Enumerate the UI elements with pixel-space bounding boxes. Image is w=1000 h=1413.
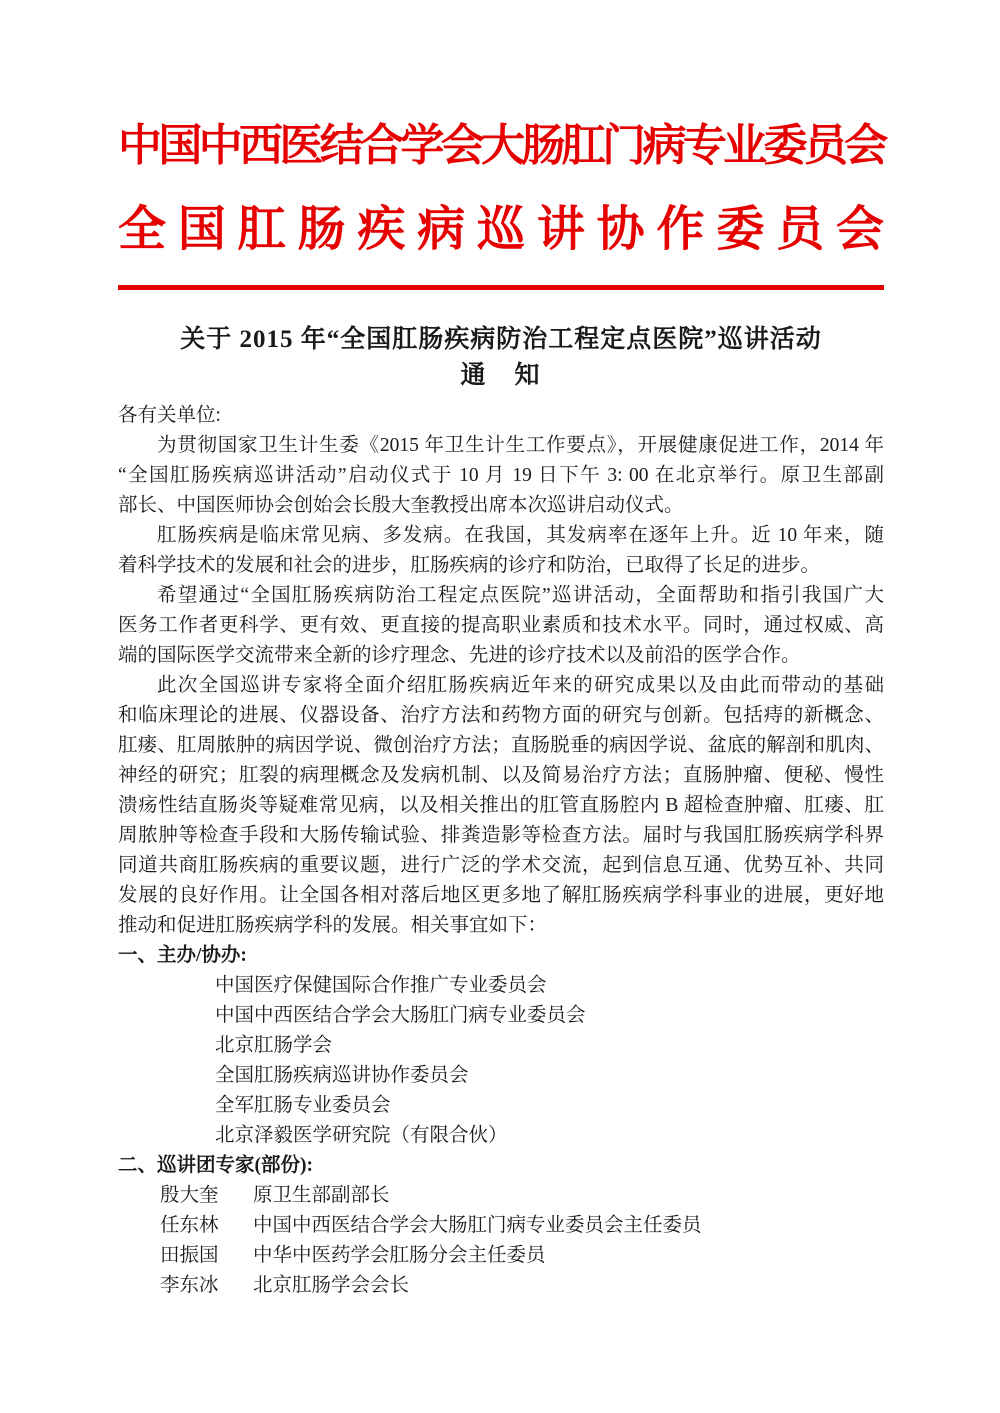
expert-row: 田振国 中华中医药学会肛肠分会主任委员 (118, 1241, 884, 1271)
body-line: 周脓肿等检查手段和大肠传输试验、排粪造影等检查方法。届时与我国肛肠疾病学科界 (118, 821, 884, 851)
body-line: 神经的研究；肛裂的病理概念及发病机制、以及简易治疗方法；直肠肿瘤、便秘、慢性 (118, 761, 884, 791)
body-line: 发展的良好作用。让全国各相对落后地区更多地了解肛肠疾病学科事业的进展，更好地 (118, 881, 884, 911)
body-line: 为贯彻国家卫生计生委《2015 年卫生计生工作要点》，开展健康促进工作，2014… (118, 431, 884, 461)
letterhead-line2: 全国肛肠疾病巡讲协作委员会 (118, 188, 884, 272)
body-line: 推动和促进肛肠疾病学科的发展。相关事宜如下： (118, 911, 884, 941)
notice-body: 各有关单位: 为贯彻国家卫生计生委《2015 年卫生计生工作要点》，开展健康促进… (118, 401, 884, 1301)
document-page: 中国中西医结合学会大肠肛门病专业委员会 全国肛肠疾病巡讲协作委员会 关于 201… (0, 0, 1000, 1413)
body-line: 肛瘘、肛周脓肿的病因学说、微创治疗方法；直肠脱垂的病因学说、盆底的解剖和肌肉、 (118, 731, 884, 761)
body-line: “全国肛肠疾病巡讲活动”启动仪式于 10 月 19 日下午 3: 00 在北京举… (118, 461, 884, 491)
expert-name: 李东冰 (160, 1271, 253, 1301)
letterhead: 中国中西医结合学会大肠肛门病专业委员会 全国肛肠疾病巡讲协作委员会 (118, 104, 884, 290)
host-org-item: 中国中西医结合学会大肠肛门病专业委员会 (118, 1001, 884, 1031)
expert-row: 李东冰 北京肛肠学会会长 (118, 1271, 884, 1301)
host-org-item: 全国肛肠疾病巡讲协作委员会 (118, 1061, 884, 1091)
expert-name: 任东林 (160, 1211, 253, 1241)
expert-row: 任东林 中国中西医结合学会大肠肛门病专业委员会主任委员 (118, 1211, 884, 1241)
section-heading-hosts: 一、主办/协办: (118, 941, 884, 971)
salutation: 各有关单位: (118, 401, 884, 431)
body-line: 此次全国巡讲专家将全面介绍肛肠疾病近年来的研究成果以及由此而带动的基础 (118, 671, 884, 701)
body-line: 希望通过“全国肛肠疾病防治工程定点医院”巡讲活动，全面帮助和指引我国广大 (118, 581, 884, 611)
expert-name: 田振国 (160, 1241, 253, 1271)
section-heading-experts: 二、巡讲团专家(部份): (118, 1151, 884, 1181)
body-line: 溃疡性结直肠炎等疑难常见病，以及相关推出的肛管直肠腔内 B 超检查肿瘤、肛瘘、肛 (118, 791, 884, 821)
expert-title: 原卫生部副部长 (253, 1181, 884, 1211)
host-org-item: 全军肛肠专业委员会 (118, 1091, 884, 1121)
body-line: 端的国际医学交流带来全新的诊疗理念、先进的诊疗技术以及前沿的医学合作。 (118, 641, 884, 671)
letterhead-line1: 中国中西医结合学会大肠肛门病专业委员会 (118, 104, 884, 188)
body-line: 医务工作者更科学、更有效、更直接的提高职业素质和技术水平。同时，通过权威、高 (118, 611, 884, 641)
body-line: 和临床理论的进展、仪器设备、治疗方法和药物方面的研究与创新。包括痔的新概念、 (118, 701, 884, 731)
notice-subtitle: 通 知 (118, 358, 884, 394)
letterhead-divider-rule (118, 285, 884, 290)
expert-name: 殷大奎 (160, 1181, 253, 1211)
expert-row: 殷大奎 原卫生部副部长 (118, 1181, 884, 1211)
notice-title: 关于 2015 年“全国肛肠疾病防治工程定点医院”巡讲活动 (118, 322, 884, 358)
host-org-item: 北京肛肠学会 (118, 1031, 884, 1061)
expert-title: 中国中西医结合学会大肠肛门病专业委员会主任委员 (253, 1211, 884, 1241)
body-line: 肛肠疾病是临床常见病、多发病。在我国，其发病率在逐年上升。近 10 年来，随 (118, 521, 884, 551)
host-org-item: 中国医疗保健国际合作推广专业委员会 (118, 971, 884, 1001)
expert-title: 中华中医药学会肛肠分会主任委员 (253, 1241, 884, 1271)
body-line: 同道共商肛肠疾病的重要议题，进行广泛的学术交流，起到信息互通、优势互补、共同 (118, 851, 884, 881)
body-line: 着科学技术的发展和社会的进步，肛肠疾病的诊疗和防治，已取得了长足的进步。 (118, 551, 884, 581)
body-line: 部长、中国医师协会创始会长殷大奎教授出席本次巡讲启动仪式。 (118, 491, 884, 521)
expert-title: 北京肛肠学会会长 (253, 1271, 884, 1301)
host-org-item: 北京泽毅医学研究院（有限合伙） (118, 1121, 884, 1151)
